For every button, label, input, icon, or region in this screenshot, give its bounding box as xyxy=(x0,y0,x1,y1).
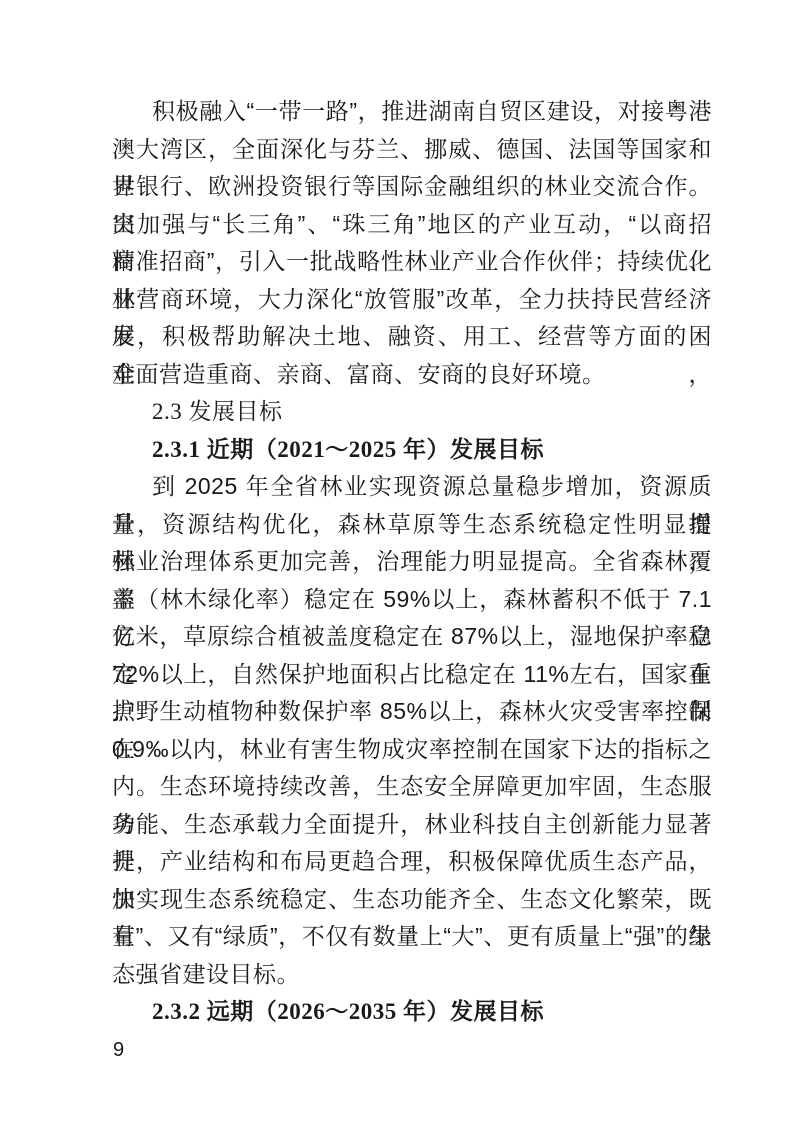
text-line: 澳大湾区，全面深化与芬兰、挪威、德国、法国等国家和世 xyxy=(112,131,712,169)
text-line: 率（林木绿化率）稳定在 59%以上，森林蓄积不低于 7.1 亿立 xyxy=(112,581,712,619)
page-number: 9 xyxy=(113,1036,124,1064)
text-line: 出加强与“长三角”、“珠三角”地区的产业互动，“以商招商、 xyxy=(112,206,712,244)
text-line: 界银行、欧洲投资银行等国际金融组织的林业交流合作。突 xyxy=(112,168,712,206)
text-line: 精准招商”，引入一批战略性林业产业合作伙伴；持续优化林 xyxy=(112,243,712,281)
text-line: 积极融入“一带一路”，推进湖南自贸区建设，对接粤港 xyxy=(112,93,712,131)
heading-line: 2.3.1 近期（2021～2025 年）发展目标 xyxy=(112,431,712,469)
text-line: 量”、又有“绿质”，不仅有数量上“大”、更有质量上“强”的生 xyxy=(112,918,712,956)
text-line: 升，产业结构和布局更趋合理，积极保障优质生态产品，加 xyxy=(112,843,712,881)
text-line: 态强省建设目标。 xyxy=(112,956,712,994)
text-line: 0.9‰以内，林业有害生物成灾率控制在国家下达的指标之 xyxy=(112,731,712,769)
text-line: 方米，草原综合植被盖度稳定在 87%以上，湿地保护率稳定在 xyxy=(112,618,712,656)
document-page: 积极融入“一带一路”，推进湖南自贸区建设，对接粤港澳大湾区，全面深化与芬兰、挪威… xyxy=(0,0,793,1122)
text-line: 72%以上，自然保护地面积占比稳定在 11%左右，国家重点保 xyxy=(112,656,712,694)
text-line: 快实现生态系统稳定、生态功能齐全、生态文化繁荣，既有“绿 xyxy=(112,881,712,919)
heading-line: 2.3.2 远期（2026～2035 年）发展目标 xyxy=(112,993,712,1031)
text-line: 功能、生态承载力全面提升，林业科技自主创新能力显著提 xyxy=(112,806,712,844)
text-line: 内。生态环境持续改善，生态安全屏障更加牢固，生态服务 xyxy=(112,768,712,806)
text-line: 展，积极帮助解决土地、融资、用工、经营等方面的困难， xyxy=(112,318,712,356)
text-line: 林业治理体系更加完善，治理能力明显提高。全省森林覆盖 xyxy=(112,543,712,581)
text-line: 护野生动植物种数保护率 85%以上，森林火灾受害率控制在 xyxy=(112,693,712,731)
heading-line: 2.3 发展目标 xyxy=(112,393,712,431)
text-line: 升，资源结构优化，森林草原等生态系统稳定性明显增强， xyxy=(112,506,712,544)
text-block: 积极融入“一带一路”，推进湖南自贸区建设，对接粤港澳大湾区，全面深化与芬兰、挪威… xyxy=(112,93,712,1031)
text-line: 到 2025 年全省林业实现资源总量稳步增加，资源质量提 xyxy=(112,468,712,506)
text-line: 业营商环境，大力深化“放管服”改革，全力扶持民营经济发 xyxy=(112,281,712,319)
